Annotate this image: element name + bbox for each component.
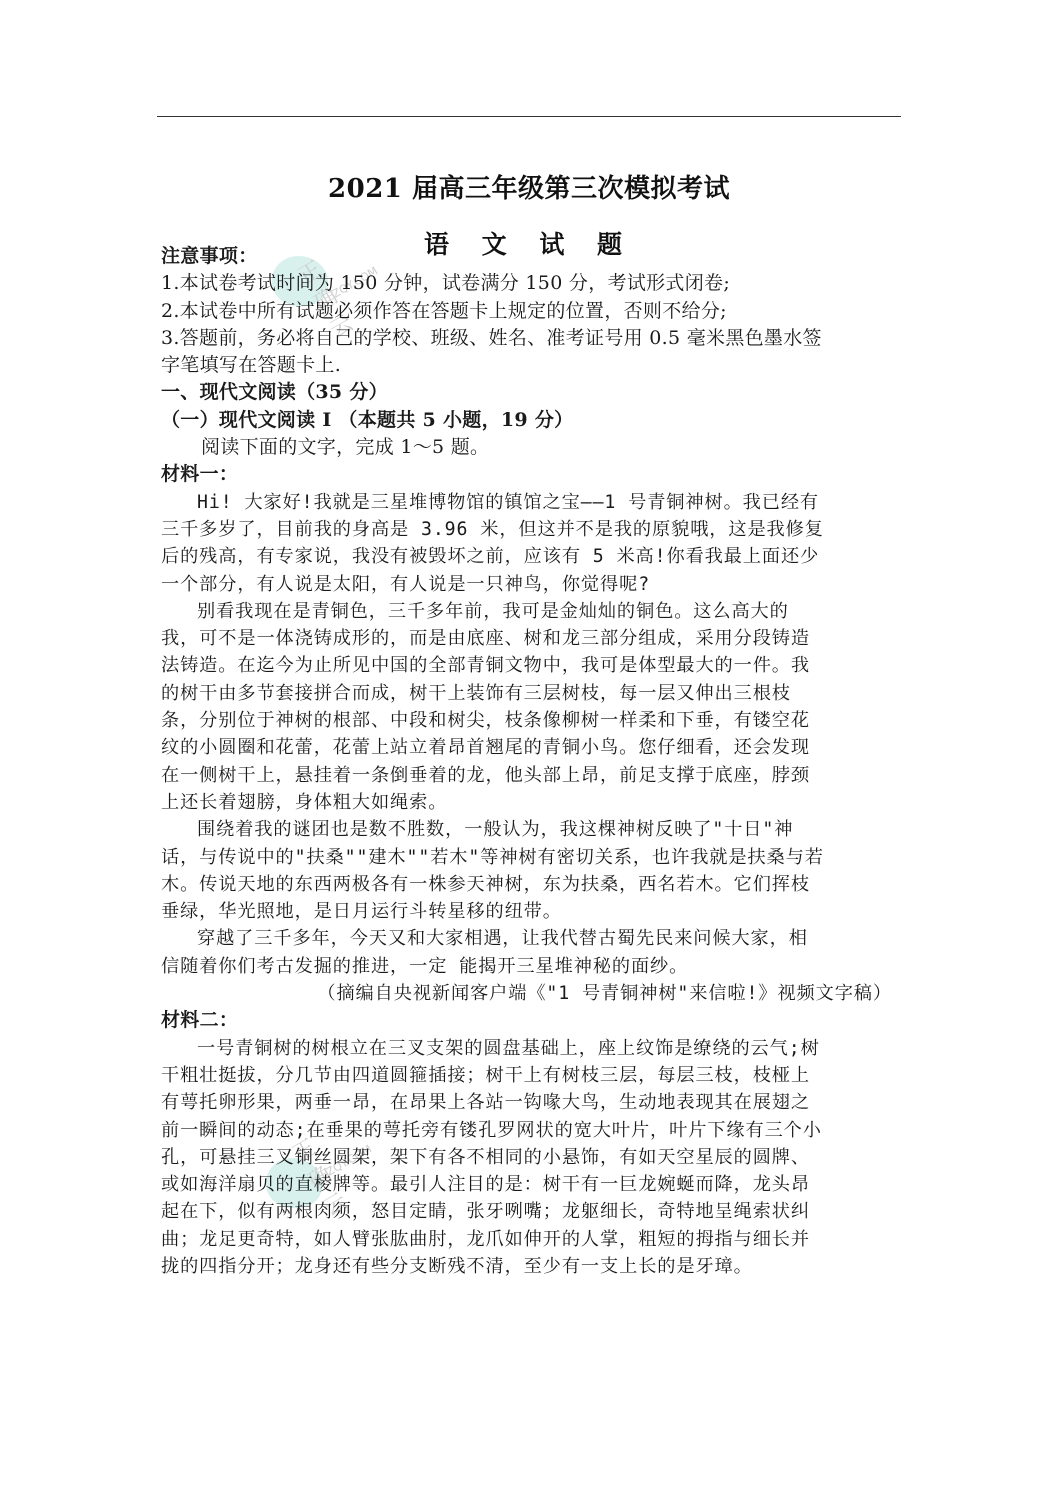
material1-line: 木。传说天地的东西两极各有一株参天神树，东为扶桑，西名若木。它们挥枝 bbox=[161, 871, 896, 898]
notice-item: 2.本试卷中所有试题必须作答在答题卡上规定的位置，否则不给分; bbox=[161, 298, 896, 325]
material1-line: 别看我现在是青铜色，三千多年前，我可是金灿灿的铜色。这么高大的 bbox=[161, 598, 896, 625]
header-rule bbox=[157, 116, 901, 117]
material1-line: 信随着你们考古发掘的推进，一定 能揭开三星堆神秘的面纱。 bbox=[161, 953, 896, 980]
exam-title: 2021 届高三年级第三次模拟考试 bbox=[0, 168, 1058, 205]
material1-line: 话，与传说中的"扶桑""建木""若木"等神树有密切关系，也许我就是扶桑与若 bbox=[161, 844, 896, 871]
material1-line: 在一侧树干上，悬挂着一条倒垂着的龙，他头部上昂，前足支撑于底座，脖颈 bbox=[161, 762, 896, 789]
section-instruction: 阅读下面的文字，完成 1～5 题。 bbox=[161, 434, 896, 461]
material2-line: 起在下，似有两根肉须，怒目定睛，张牙咧嘴；龙躯细长，奇特地呈绳索状纠 bbox=[161, 1198, 896, 1225]
notice-item: 1.本试卷考试时间为 150 分钟，试卷满分 150 分，考试形式闭卷; bbox=[161, 270, 896, 297]
material2-line: 孔，可悬挂三叉铜丝圆架，架下有各不相同的小悬饰，有如天空星辰的圆牌、 bbox=[161, 1144, 896, 1171]
section-heading: 一、现代文阅读（35 分） bbox=[161, 379, 896, 406]
material2-line: 有萼托卵形果，两垂一昂，在昂果上各站一钩喙大鸟，生动地表现其在展翅之 bbox=[161, 1089, 896, 1116]
material1-source: （摘编自央视新闻客户端《"1 号青铜神树"来信啦!》视频文字稿） bbox=[161, 980, 896, 1007]
material1-line: 条，分别位于神树的根部、中段和树尖，枝条像柳树一样柔和下垂，有镂空花 bbox=[161, 707, 896, 734]
section-subheading: （一）现代文阅读 I （本题共 5 小题，19 分） bbox=[161, 407, 896, 434]
material2-label: 材料二： bbox=[161, 1007, 896, 1034]
material1-line: 一个部分，有人说是太阳，有人说是一只神鸟，你觉得呢? bbox=[161, 571, 896, 598]
notice-item: 3.答题前，务必将自己的学校、班级、姓名、准考证号用 0.5 毫米黑色墨水签 bbox=[161, 325, 896, 352]
material2-line: 干粗壮挺拔，分几节由四道圆箍插接；树干上有树枝三层，每层三枝，枝桠上 bbox=[161, 1062, 896, 1089]
material1-line: 纹的小圆圈和花蕾，花蕾上站立着昂首翘尾的青铜小鸟。您仔细看，还会发现 bbox=[161, 734, 896, 761]
material1-label: 材料一： bbox=[161, 461, 896, 488]
material1-line: 的树干由多节套接拼合而成，树干上装饰有三层树枝，每一层又伸出三根枝 bbox=[161, 680, 896, 707]
document-body: 注意事项： 1.本试卷考试时间为 150 分钟，试卷满分 150 分，考试形式闭… bbox=[161, 243, 896, 1280]
notice-heading: 注意事项： bbox=[161, 243, 896, 270]
material1-line: Hi! 大家好!我就是三星堆博物馆的镇馆之宝——1 号青铜神树。我已经有 bbox=[161, 489, 896, 516]
material2-line: 或如海洋扇贝的直棱牌等。最引人注目的是：树干有一巨龙婉蜒而降，龙头昂 bbox=[161, 1171, 896, 1198]
material2-line: 前一瞬间的动态;在垂果的萼托旁有镂孔罗网状的宽大叶片，叶片下缘有三个小 bbox=[161, 1117, 896, 1144]
material1-line: 法铸造。在迄今为止所见中国的全部青铜文物中，我可是体型最大的一件。我 bbox=[161, 652, 896, 679]
material1-line: 三千多岁了，目前我的身高是 3.96 米，但这并不是我的原貌哦，这是我修复 bbox=[161, 516, 896, 543]
material1-line: 穿越了三千多年，今天又和大家相遇，让我代替古蜀先民来问候大家，相 bbox=[161, 925, 896, 952]
material2-line: 曲；龙足更奇特，如人臂张肱曲肘，龙爪如伸开的人掌，粗短的拇指与细长并 bbox=[161, 1226, 896, 1253]
material1-line: 垂绿，华光照地，是日月运行斗转星移的纽带。 bbox=[161, 898, 896, 925]
material1-line: 上还长着翅膀，身体粗大如绳索。 bbox=[161, 789, 896, 816]
material1-line: 后的残高，有专家说，我没有被毁坏之前，应该有 5 米高!你看我最上面还少 bbox=[161, 543, 896, 570]
material2-line: 拢的四指分开；龙身还有些分支断残不清，至少有一支上长的是牙璋。 bbox=[161, 1253, 896, 1280]
material2-line: 一号青铜树的树根立在三叉支架的圆盘基础上，座上纹饰是缭绕的云气;树 bbox=[161, 1035, 896, 1062]
material1-line: 围绕着我的谜团也是数不胜数，一般认为，我这棵神树反映了"十日"神 bbox=[161, 816, 896, 843]
material1-line: 我，可不是一体浇铸成形的，而是由底座、树和龙三部分组成，采用分段铸造 bbox=[161, 625, 896, 652]
notice-item: 字笔填写在答题卡上. bbox=[161, 352, 896, 379]
